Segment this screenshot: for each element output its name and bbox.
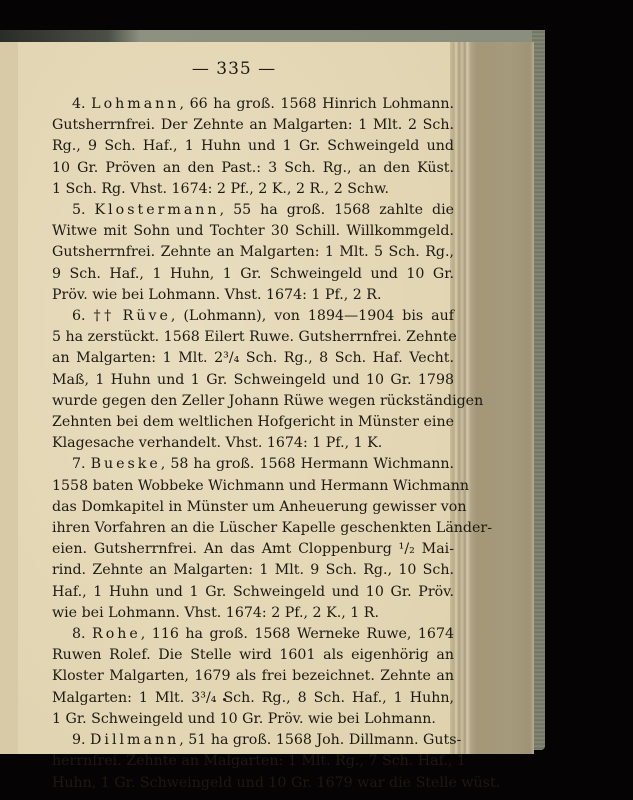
line-text: , 55 ha groß. 1568 zahlte die (220, 202, 454, 218)
text-line: 4. Lohmann, 66 ha groß. 1568 Hinrich Loh… (52, 94, 454, 115)
text-line: 10 Gr. Pröven an den Past.: 3 Sch. Rg., … (52, 158, 454, 179)
line-text: , 116 ha groß. 1568 Werneke Ruwe, 1674 (141, 626, 454, 642)
text-line: 1 Sch. Rg. Vhst. 1674: 2 Pf., 2 K., 2 R.… (52, 179, 454, 200)
text-line: Haf., 1 Huhn und 1 Gr. Schweingeld und 1… (52, 582, 454, 603)
farm-name: Rohe (92, 626, 141, 642)
text-line: 1 Gr. Schweingeld und 10 Gr. Pröv. wie b… (52, 709, 454, 730)
text-line: 8. Rohe, 116 ha groß. 1568 Werneke Ruwe,… (52, 624, 454, 645)
text-line: Gutsherrnfrei. Zehnte an Malgarten: 1 Ml… (52, 242, 454, 263)
facing-page-edge (0, 42, 20, 754)
text-line: Malgarten: 1 Mlt. 3³/₄ Sch. Rg., 8 Sch. … (52, 688, 454, 709)
line-text: , (Lohmann), von 1894—1904 bis auf (171, 308, 454, 324)
text-line: 9 Sch. Haf., 1 Huhn, 1 Gr. Schweingeld u… (52, 264, 454, 285)
line-text: , 51 ha groß. 1568 Joh. Dillmann. Guts- (179, 732, 461, 748)
line-text: 5 ha zerstückt. 1568 Eilert Ruwe. Gutshe… (52, 329, 457, 345)
farm-name: Lohmann (91, 96, 179, 112)
text-line: Klagesache verhandelt. Vhst. 1674: 1 Pf.… (52, 433, 454, 454)
line-text: Huhn, 1 Gr. Schweingeld und 10 Gr. 1679 … (52, 775, 500, 791)
entry-8: 8. Rohe, 116 ha groß. 1568 Werneke Ruwe,… (52, 624, 454, 730)
text-line: an Malgarten: 1 Mlt. 2³/₄ Sch. Rg., 8 Sc… (52, 348, 454, 369)
page-body: 4. Lohmann, 66 ha groß. 1568 Hinrich Loh… (52, 94, 454, 794)
text-line: Kloster Malgarten, 1679 als frei bezeich… (52, 666, 454, 687)
text-line: herrnfrei. Zehnte an Malgarten: 1 Mlt. R… (52, 751, 454, 772)
text-line: 9. Dillmann, 51 ha groß. 1568 Joh. Dillm… (52, 730, 454, 751)
text-line: wurde gegen den Zeller Johann Rüwe wegen… (52, 391, 454, 412)
text-line: 6. †† Rüve, (Lohmann), von 1894—1904 bis… (52, 306, 454, 327)
book-page: — 335 — 4. Lohmann, 66 ha groß. 1568 Hin… (18, 42, 450, 754)
line-text: eien. Gutsherrnfrei. An das Amt Cloppenb… (52, 541, 454, 557)
text-line: rind. Zehnte an Malgarten: 1 Mlt. 9 Sch.… (52, 560, 454, 581)
text-line: Gutsherrnfrei. Der Zehnte an Malgarten: … (52, 115, 454, 136)
text-line: Witwe mit Sohn und Tochter 30 Schill. Wi… (52, 221, 454, 242)
farm-name: Klostermann (95, 202, 220, 218)
entry-6: 6. †† Rüve, (Lohmann), von 1894—1904 bis… (52, 306, 454, 454)
entry-number: 7. (72, 456, 91, 472)
line-text: Gutsherrnfrei. Der Zehnte an Malgarten: … (52, 117, 454, 133)
text-line: Huhn, 1 Gr. Schweingeld und 10 Gr. 1679 … (52, 773, 454, 794)
line-text: Pröv. wie bei Lohmann. Vhst. 1674: 1 Pf.… (52, 287, 382, 303)
book-cover-top-edge (0, 30, 540, 42)
line-text: Witwe mit Sohn und Tochter 30 Schill. Wi… (52, 223, 454, 239)
text-line: Ruwen Rolef. Die Stelle wird 1601 als ei… (52, 645, 454, 666)
line-text: , 66 ha groß. 1568 Hinrich Lohmann. (179, 96, 454, 112)
entry-number: 8. (72, 626, 92, 642)
entry-9: 9. Dillmann, 51 ha groß. 1568 Joh. Dillm… (52, 730, 454, 794)
line-text: an Malgarten: 1 Mlt. 2³/₄ Sch. Rg., 8 Sc… (52, 350, 454, 366)
line-text: 10 Gr. Pröven an den Past.: 3 Sch. Rg., … (52, 160, 454, 176)
line-text: Zehnten bei dem weltlichen Hofgericht in… (52, 414, 454, 430)
line-text: Kloster Malgarten, 1679 als frei bezeich… (52, 668, 454, 684)
farm-name: Rüve (123, 308, 171, 324)
line-text: wie bei Lohmann. Vhst. 1674: 2 Pf., 2 K.… (52, 605, 379, 621)
line-text: 1 Gr. Schweingeld und 10 Gr. Pröv. wie b… (52, 711, 436, 727)
line-text: rind. Zehnte an Malgarten: 1 Mlt. 9 Sch.… (52, 562, 454, 578)
page-number: — 335 — (18, 59, 450, 79)
ink-speck (223, 698, 226, 701)
line-text: Maß, 1 Huhn und 1 Gr. Schweingeld und 10… (52, 372, 454, 388)
line-text: 9 Sch. Haf., 1 Huhn, 1 Gr. Schweingeld u… (52, 266, 454, 282)
entry-number: 6. †† (72, 308, 123, 324)
line-text: Malgarten: 1 Mlt. 3³/₄ Sch. Rg., 8 Sch. … (52, 690, 454, 706)
entry-7: 7. Bueske, 58 ha groß. 1568 Hermann Wich… (52, 454, 454, 624)
line-text: Gutsherrnfrei. Zehnte an Malgarten: 1 Ml… (52, 244, 454, 260)
entry-number: 9. (72, 732, 90, 748)
text-line: ihren Vorfahren an die Lüscher Kapelle g… (52, 518, 454, 539)
text-line: das Domkapitel in Münster um Anheuerung … (52, 497, 454, 518)
line-text: das Domkapitel in Münster um Anheuerung … (52, 499, 466, 515)
entry-number: 4. (72, 96, 91, 112)
text-line: 1558 baten Wobbeke Wichmann und Hermann … (52, 476, 454, 497)
text-line: Zehnten bei dem weltlichen Hofgericht in… (52, 412, 454, 433)
line-text: Klagesache verhandelt. Vhst. 1674: 1 Pf.… (52, 435, 382, 451)
line-text: Ruwen Rolef. Die Stelle wird 1601 als ei… (52, 647, 454, 663)
entry-4: 4. Lohmann, 66 ha groß. 1568 Hinrich Loh… (52, 94, 454, 200)
line-text: Haf., 1 Huhn und 1 Gr. Schweingeld und 1… (52, 584, 454, 600)
line-text: Rg., 9 Sch. Haf., 1 Huhn und 1 Gr. Schwe… (52, 138, 454, 154)
entry-number: 5. (72, 202, 95, 218)
line-text: 1558 baten Wobbeke Wichmann und Hermann … (52, 478, 469, 494)
text-line: Pröv. wie bei Lohmann. Vhst. 1674: 1 Pf.… (52, 285, 454, 306)
line-text: , 58 ha groß. 1568 Hermann Wichmann. (161, 456, 454, 472)
line-text: wurde gegen den Zeller Johann Rüwe wegen… (52, 393, 483, 409)
farm-name: Dillmann (90, 732, 179, 748)
line-text: 1 Sch. Rg. Vhst. 1674: 2 Pf., 2 K., 2 R.… (52, 181, 389, 197)
text-line: 7. Bueske, 58 ha groß. 1568 Hermann Wich… (52, 454, 454, 475)
line-text: herrnfrei. Zehnte an Malgarten: 1 Mlt. R… (52, 753, 466, 769)
text-line: eien. Gutsherrnfrei. An das Amt Cloppenb… (52, 539, 454, 560)
farm-name: Bueske (91, 456, 161, 472)
text-line: wie bei Lohmann. Vhst. 1674: 2 Pf., 2 K.… (52, 603, 454, 624)
text-line: Maß, 1 Huhn und 1 Gr. Schweingeld und 10… (52, 370, 454, 391)
text-line: 5. Klostermann, 55 ha groß. 1568 zahlte … (52, 200, 454, 221)
entry-5: 5. Klostermann, 55 ha groß. 1568 zahlte … (52, 200, 454, 306)
text-line: 5 ha zerstückt. 1568 Eilert Ruwe. Gutshe… (52, 327, 454, 348)
line-text: ihren Vorfahren an die Lüscher Kapelle g… (52, 520, 492, 536)
text-line: Rg., 9 Sch. Haf., 1 Huhn und 1 Gr. Schwe… (52, 136, 454, 157)
